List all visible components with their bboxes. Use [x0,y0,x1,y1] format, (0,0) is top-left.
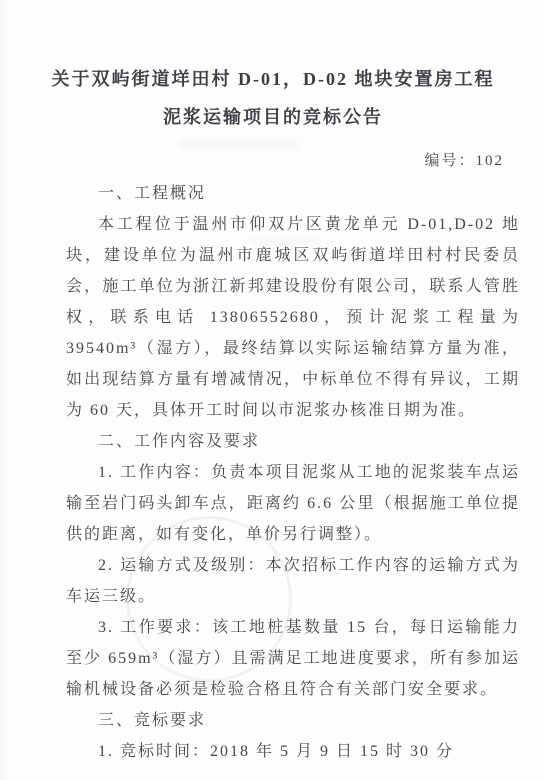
document-number: 编号：102 [0,146,546,176]
title-line-2: 泥浆运输项目的竞标公告 [0,98,546,136]
document-body: 一、工程概况 本工程位于温州市仰双片区黄龙单元 D-01,D-02 地块，建设单… [66,178,520,767]
section-1-paragraph: 本工程位于温州市仰双片区黄龙单元 D-01,D-02 地块，建设单位为温州市鹿城… [66,209,520,426]
section-2-paragraph-2: 2. 运输方式及级别：本次招标工作内容的运输方式为车运三级。 [66,550,520,612]
document-title: 关于双屿街道垟田村 D-01，D-02 地块安置房工程 泥浆运输项目的竞标公告 [0,0,546,136]
document-page: 关于双屿街道垟田村 D-01，D-02 地块安置房工程 泥浆运输项目的竞标公告 … [0,0,546,780]
title-line-1: 关于双屿街道垟田村 D-01，D-02 地块安置房工程 [0,60,546,98]
section-2-heading: 二、工作内容及要求 [66,426,520,457]
section-2-paragraph-1: 1. 工作内容：负责本项目泥浆从工地的泥浆装车点运输至岩门码头卸车点，距离约 6… [66,457,520,550]
section-3-paragraph-1: 1. 竞标时间：2018 年 5 月 9 日 15 时 30 分 [66,736,520,767]
section-1-heading: 一、工程概况 [66,178,520,209]
section-2-paragraph-3: 3. 工作要求：该工地桩基数量 15 台，每日运输能力至少 659m³（湿方）且… [66,612,520,705]
section-3-heading: 三、竞标要求 [66,705,520,736]
